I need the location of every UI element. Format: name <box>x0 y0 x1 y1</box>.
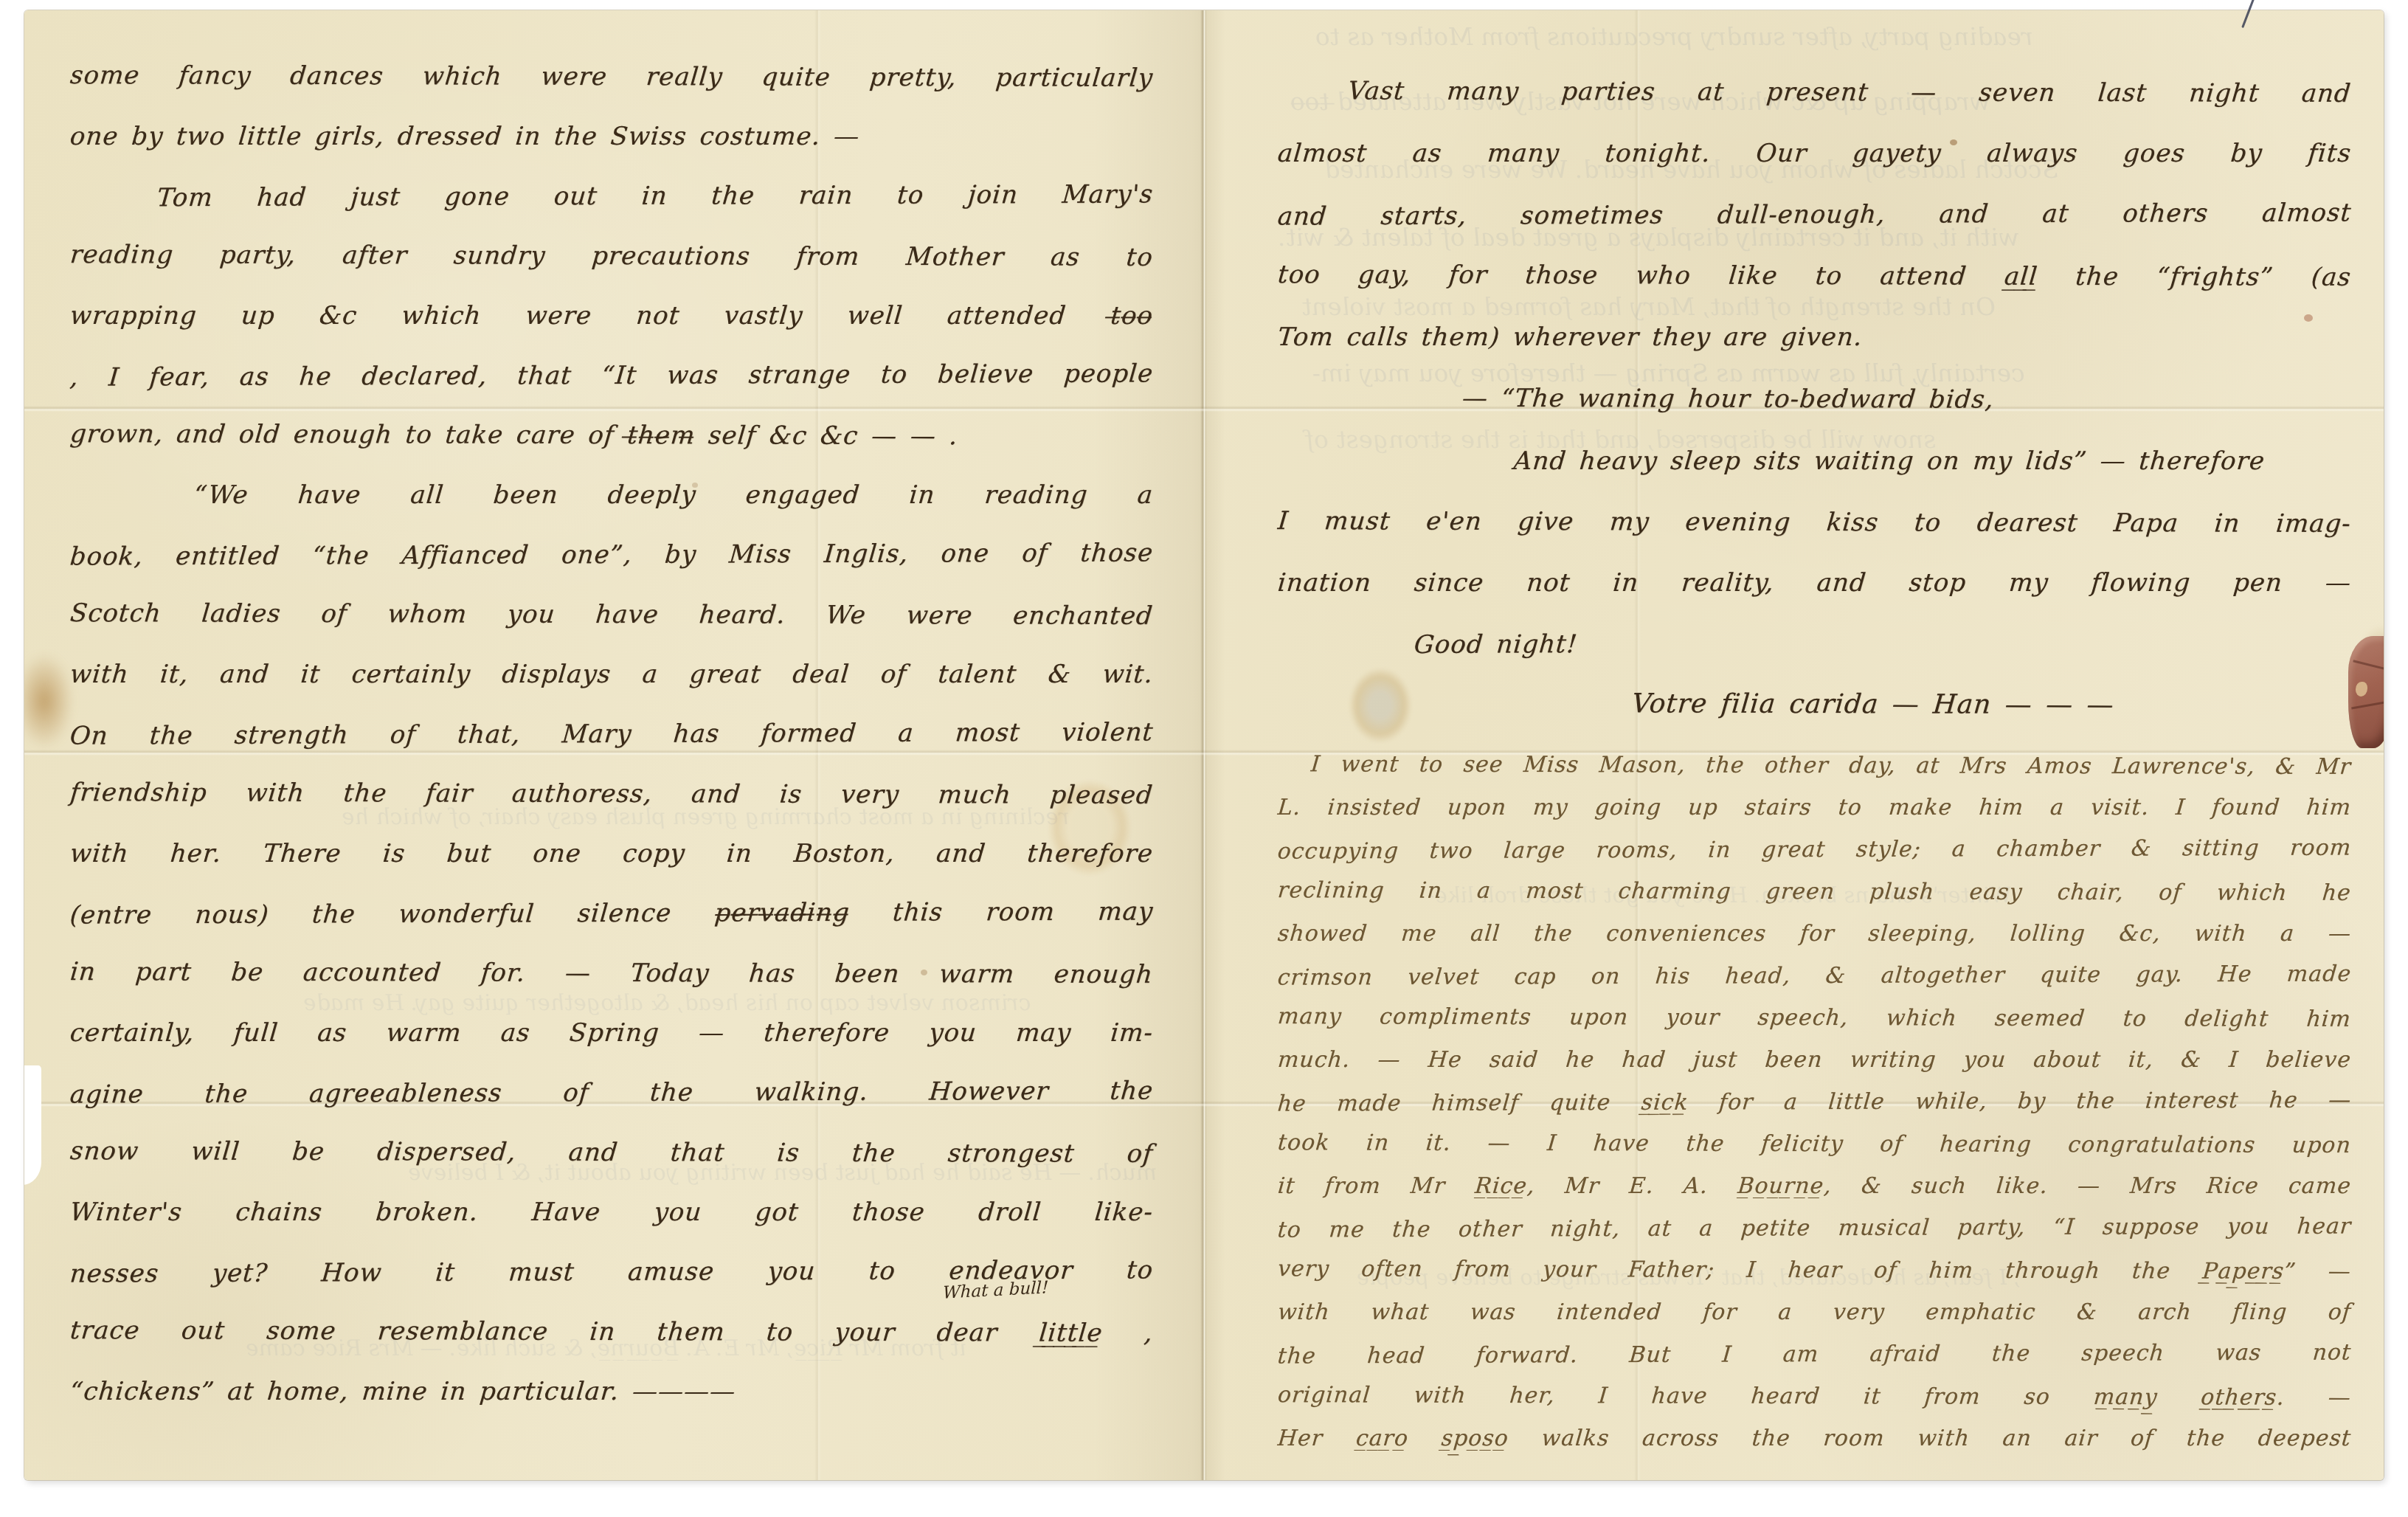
quoted-verse: — “The waning hour to-bedward bids, And … <box>1278 368 2351 492</box>
verse-line: And heavy sleep sits waiting on my lids”… <box>1275 430 2353 492</box>
letter-line: crimson velvet cap on his head, & altoge… <box>1276 953 2353 998</box>
letter-line: showed me all the conveniences for sleep… <box>1276 913 2353 955</box>
parties-paragraph: Vast many parties at present — seven las… <box>1278 62 2351 368</box>
letter-line: ination since not in reality, and stop m… <box>1275 553 2353 613</box>
letter-line: the head forward. But I am afraid the sp… <box>1276 1331 2353 1377</box>
letter-line: , I fear, as he declared, that “It was s… <box>67 344 1155 407</box>
letter-line: (entre nous) the wonderful silence p̶e̶r… <box>67 882 1155 945</box>
right-page-text: Vast many parties at present — seven las… <box>1278 62 2351 1459</box>
letter-line: with her. There is but one copy in Bosto… <box>67 824 1155 884</box>
scanned-letter: reading party, after sundry precautions … <box>0 0 2408 1517</box>
letter-line: to me the other night, at a petite music… <box>1276 1205 2353 1251</box>
letter-line: reclining in a most charming green plush… <box>1276 869 2353 914</box>
letter-line: friendship with the fair authoress, and … <box>68 763 1156 826</box>
letter-line: he made himself quite s̲i̲c̲k̲ for a lit… <box>1276 1079 2353 1124</box>
letter-line: Scotch ladies of whom you have heard. We… <box>68 584 1156 646</box>
letter-line: occupying two large rooms, in great styl… <box>1276 826 2353 872</box>
letter-line: grown, and old enough to take care of t̶… <box>68 404 1156 467</box>
letter-line: book, entitled “the Affianced one”, by M… <box>67 523 1155 587</box>
letter-line: very often from your Father; I hear of h… <box>1276 1248 2353 1293</box>
left-page: some fancy dances which were really quit… <box>24 10 1208 1480</box>
letter-line: too gay, for those who like to attend a̲… <box>1275 244 2353 308</box>
signature: Votre filia carida — Han — — — <box>1275 672 2353 737</box>
letter-line: Tom calls them) wherever they are given. <box>1275 307 2353 368</box>
letter-line: I went to see Miss Mason, the other day,… <box>1276 743 2353 788</box>
right-page: Vast many parties at present — seven las… <box>1208 10 2384 1480</box>
letter-line: original with her, I have heard it from … <box>1276 1374 2353 1419</box>
letter-line: in part be accounted for. — Today has be… <box>68 942 1156 1005</box>
letter-line: some fancy dances which were really quit… <box>68 46 1156 108</box>
letter-line: Tom had just gone out in the rain to joi… <box>67 165 1155 228</box>
good-night-line: Good night! <box>1275 611 2353 675</box>
letter-line: reading party, after sundry precautions … <box>68 225 1156 288</box>
letter-line: with what was intended for a very emphat… <box>1276 1291 2353 1333</box>
letter-line: one by two little girls, dressed in the … <box>67 107 1155 167</box>
letter-line: Vast many parties at present — seven las… <box>1275 61 2353 125</box>
letter-line: trace out some resemblance in them to yo… <box>68 1301 1156 1364</box>
letter-line: agine the agreeableness of the walking. … <box>67 1061 1155 1124</box>
letter-line: with it, and it certainly displays a gre… <box>67 645 1155 705</box>
left-page-text: some fancy dances which were really quit… <box>70 47 1153 1422</box>
letter-line: wrapping up &c which were not vastly wel… <box>67 286 1155 346</box>
letter-line: much. — He said he had just been writing… <box>1276 1039 2353 1081</box>
letter-line: “chickens” at home, mine in particular. … <box>67 1362 1155 1422</box>
letter-line: Her c̲a̲r̲o̲ s̲p̲o̲s̲o̲ walks across the… <box>1276 1417 2353 1459</box>
letter-line: and starts, sometimes dull-enough, and a… <box>1275 182 2353 247</box>
closing-paragraph: I must e'en give my evening kiss to dear… <box>1278 492 2351 674</box>
verse-line: — “The waning hour to-bedward bids, <box>1275 367 2353 432</box>
letter-line: “We have all been deeply engaged in read… <box>67 466 1155 525</box>
letter-line: snow will be dispersed, and that is the … <box>68 1122 1156 1184</box>
letter-line: Winter's chains broken. Have you got tho… <box>67 1183 1155 1243</box>
letter-line: certainly, full as warm as Spring — ther… <box>67 1003 1155 1063</box>
letter-line: almost as many tonight. Our gayety alway… <box>1275 123 2353 184</box>
letter-line: L. insisted upon my going up stairs to m… <box>1276 787 2353 829</box>
letter-line: many compliments upon your speech, which… <box>1276 995 2353 1040</box>
letter-line: it from Mr R̲i̲c̲e̲, Mr E. A. B̲o̲u̲r̲n̲… <box>1276 1165 2353 1207</box>
letter-line: On the strength of that, Mary has formed… <box>67 702 1155 766</box>
letter-line: I must e'en give my evening kiss to dear… <box>1275 491 2353 554</box>
letter-line: took in it. — I have the felicity of hea… <box>1276 1122 2353 1167</box>
postscript: I went to see Miss Mason, the other day,… <box>1278 744 2351 1459</box>
letter-sheet: reading party, after sundry precautions … <box>24 10 2384 1480</box>
